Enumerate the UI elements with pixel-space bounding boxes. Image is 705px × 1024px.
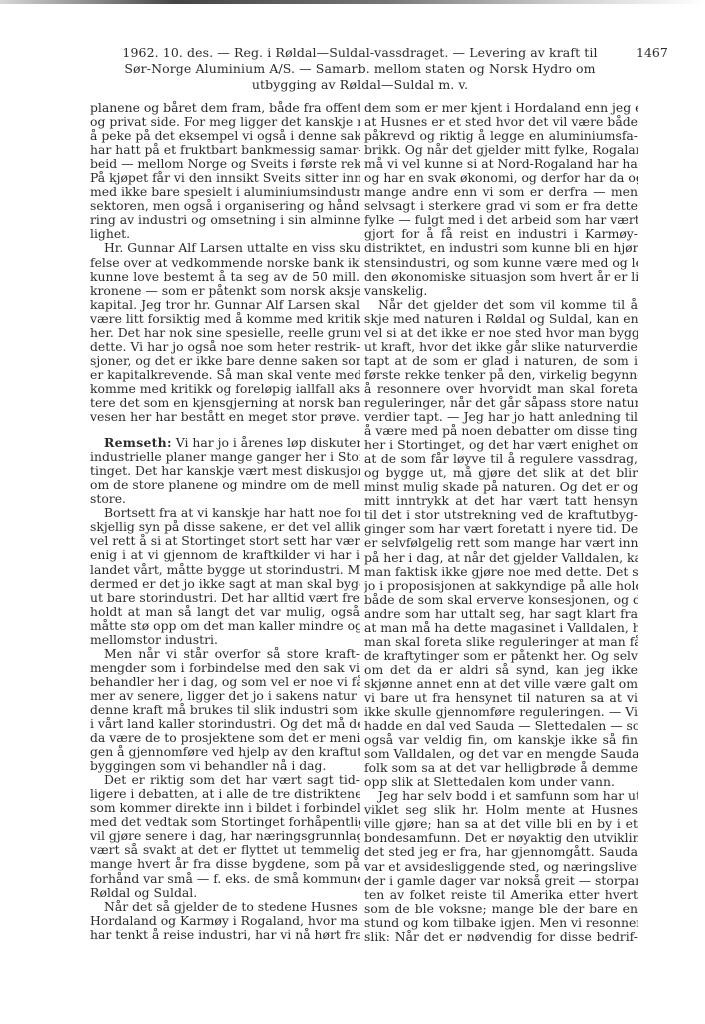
text-line: industrielle planer mange ganger her i S…	[90, 450, 360, 464]
text-line: sektoren, men også i organisering og hån…	[90, 199, 360, 213]
text-line: og privat side. For meg ligger det kansk…	[90, 115, 360, 129]
text-line: ten av folket reiste til Amerika etter h…	[364, 888, 638, 902]
text-line: var et avsidesliggende sted, og næringsl…	[364, 860, 638, 874]
text-line: vært så svakt at det er flyttet ut temme…	[90, 843, 360, 857]
text-line: å peke på det eksempel vi også i denne s…	[90, 129, 360, 143]
text-line: fylke — fulgt med i det arbeid som har v…	[364, 213, 638, 227]
text-line: bondesamfunn. Det er nøyaktig den utvikl…	[364, 831, 638, 845]
text-line: behandler her i dag, og som vel er noe v…	[90, 675, 360, 689]
text-line: Hr. Gunnar Alf Larsen uttalte en viss sk…	[90, 241, 360, 255]
text-line: dette. Vi har jo også noe som heter rest…	[90, 340, 360, 354]
text-line: er kapitalkrevende. Så man skal vente me…	[90, 368, 360, 382]
text-line: Men når vi står overfor så store kraft-	[90, 647, 360, 661]
running-header: 1962. 10. des. — Reg. i Røldal—Suldal-va…	[100, 45, 620, 93]
text-line: Når det så gjelder de to stedene Husnes …	[90, 900, 360, 914]
text-line: denne kraft må brukes til slik industri …	[90, 703, 360, 717]
paragraph: Men når vi står overfor så store kraft- …	[90, 647, 360, 773]
text-line: kunne love bestemt å ta seg av de 50 mil…	[90, 270, 360, 284]
text-line: Bortsett fra at vi kanskje har hatt noe …	[90, 506, 360, 520]
text-line: kapital. Jeg tror hr. Gunnar Alf Larsen …	[90, 298, 360, 312]
text-line: om det da er aldri så synd, kan jeg ikke	[364, 663, 638, 677]
text-line: ring av industri og omsetning i sin almi…	[90, 213, 360, 227]
text-line: selvsagt i sterkere grad vi som er fra d…	[364, 199, 638, 213]
text-line: og bygge ut, må gjøre det slik at det bl…	[364, 466, 638, 480]
paragraph: planene og båret dem fram, både fra offe…	[90, 101, 360, 241]
header-line-1: 1962. 10. des. — Reg. i Røldal—Suldal-va…	[100, 45, 620, 61]
text-line: måtte stø opp om det man kaller mindre o…	[90, 619, 360, 633]
text-line: landet vårt, måtte bygge ut storindustri…	[90, 563, 360, 577]
text-line: skjellig syn på disse sakene, er det vel…	[90, 520, 360, 534]
header-line-2: Sør-Norge Aluminium A/S. — Samarb. mello…	[100, 61, 620, 77]
text-line: forhånd var små — f. eks. de små kommune…	[90, 872, 360, 886]
text-line: folk som sa at det var helligbrøde å dem…	[364, 761, 638, 775]
text-line: her i Stortinget, og det har vært enighe…	[364, 438, 638, 452]
text-line: også var veldig fin, om kanskje ikke så …	[364, 733, 638, 747]
text-line: vanskelig.	[364, 284, 638, 298]
text-line: her. Det har nok sine spesielle, reelle …	[90, 326, 360, 340]
text-line: påkrevd og riktig å legge en aluminiumsf…	[364, 129, 638, 143]
text-line: har tenkt å reise industri, har vi nå hø…	[90, 928, 360, 942]
text-line: der i gamle dager var nokså greit — stor…	[364, 874, 638, 888]
text-line: ligere i debatten, at i alle de tre dist…	[90, 787, 360, 801]
text-line: Hordaland og Karmøy i Rogaland, hvor man	[90, 914, 360, 928]
paragraph: Remseth: Vi har jo i årenes løp diskuter…	[90, 436, 360, 506]
text-line: mellomstor industri.	[90, 633, 360, 647]
text-line: komme med kritikk og foreløpig iallfall …	[90, 382, 360, 396]
text-line: som kommer direkte inn i bildet i forbin…	[90, 801, 360, 815]
text-line: opp slik at Slettedalen kom under vann.	[364, 775, 638, 789]
paragraph: Når det så gjelder de to stedene Husnes …	[90, 900, 360, 942]
text-line: vel si at det ikke er noe sted hvor man …	[364, 326, 638, 340]
text-line: brikk. Og når det gjelder mitt fylke, Ro…	[364, 143, 638, 157]
text-line: vesen her har bestått en meget stor prøv…	[90, 410, 360, 424]
paragraph: Hr. Gunnar Alf Larsen uttalte en viss sk…	[90, 241, 360, 424]
text-line: byggingen som vi behandler nå i dag.	[90, 759, 360, 773]
text-line: ville gjøre; han sa at det ville bli en …	[364, 817, 638, 831]
text-line: jo i proposisjonen at sakkyndige på alle…	[364, 579, 638, 593]
text-line: at man må ha dette magasinet i Valldalen…	[364, 621, 638, 635]
header-line-3: utbygging av Røldal—Suldal m. v.	[100, 77, 620, 93]
speech-start: Vi har jo i årenes løp diskutert	[172, 436, 360, 450]
text-line: verdier tapt. — Jeg har jo hatt anlednin…	[364, 410, 638, 424]
text-line: mange andre enn vi som er derfra — men	[364, 185, 638, 199]
text-line: lighet.	[90, 227, 360, 241]
text-line: Jeg har selv bodd i et samfunn som har u…	[364, 789, 638, 803]
text-line: Det er riktig som det har vært sagt tid-	[90, 773, 360, 787]
text-line: om de store planene og mindre om de mell…	[90, 478, 360, 492]
text-line: den økonomiske situasjon som hvert år er…	[364, 270, 638, 284]
text-line: og har en svak økonomi, og derfor har da…	[364, 171, 638, 185]
text-line: på her i dag, at når det gjelder Valldal…	[364, 551, 638, 565]
text-line: med ikke bare spesielt i aluminiumsindus…	[90, 185, 360, 199]
page-number: 1467	[636, 45, 668, 61]
right-column: dem som er mer kjent i Hordaland enn jeg…	[364, 101, 638, 944]
text-line: planene og båret dem fram, både fra offe…	[90, 101, 360, 115]
scan-top-edge	[0, 0, 705, 4]
text-line: da være de to prosjektene som det er men…	[90, 731, 360, 745]
text-line: slik: Når det er nødvendig for disse bed…	[364, 930, 638, 944]
text-line: mange hvert år fra disse bygdene, som på	[90, 857, 360, 871]
text-line: mitt inntrykk at det har vært tatt hensy…	[364, 494, 638, 508]
text-line: distriktet, en industri som kunne bli en…	[364, 241, 638, 255]
text-line: ut kraft, hvor det ikke går slike naturv…	[364, 340, 638, 354]
text-line: Remseth: Vi har jo i årenes løp diskuter…	[90, 436, 360, 450]
text-line: dem som er mer kjent i Hordaland enn jeg…	[364, 101, 638, 115]
text-line: ut bare storindustri. Det har alltid vær…	[90, 591, 360, 605]
text-line: til det i stor utstrekning ved de kraftu…	[364, 508, 638, 522]
paragraph: Bortsett fra at vi kanskje har hatt noe …	[90, 506, 360, 646]
text-line: kronene — som er påtenkt som norsk aksje…	[90, 284, 360, 298]
text-line: beid — mellom Norge og Sveits i første r…	[90, 157, 360, 171]
text-line: minst mulig skade på naturen. Og det er …	[364, 480, 638, 494]
text-line: gen å gjennomføre ved hjelp av den kraft…	[90, 745, 360, 759]
text-line: må vi vel kunne si at Nord-Rogaland har …	[364, 157, 638, 171]
text-line: at Husnes er et sted hvor det vil være b…	[364, 115, 638, 129]
paragraph: Det er riktig som det har vært sagt tid-…	[90, 773, 360, 899]
text-line: ginger som har vært foretatt i nyere tid…	[364, 522, 638, 536]
text-line: å resonnere over hvorvidt man skal foret…	[364, 382, 638, 396]
text-line: Når det gjelder det som vil komme til å	[364, 298, 638, 312]
text-line: både de som skal erverve konsesjonen, og…	[364, 593, 638, 607]
text-line: sjoner, og det er ikke bare denne saken …	[90, 354, 360, 368]
text-line: enig i at vi gjennom de kraftkilder vi h…	[90, 548, 360, 562]
text-line: store.	[90, 492, 360, 506]
text-line: vel rett å si at Stortinget stort sett h…	[90, 534, 360, 548]
text-line: vil gjøre senere i dag, har næringsgrunn…	[90, 829, 360, 843]
text-line: viklet seg slik hr. Holm mente at Husnes	[364, 803, 638, 817]
text-line: dermed er det jo ikke sagt at man skal b…	[90, 577, 360, 591]
text-line: tapt at de som er glad i naturen, de som…	[364, 354, 638, 368]
text-line: reguleringer, når det går såpass store n…	[364, 396, 638, 410]
paragraph: Når det gjelder det som vil komme til å …	[364, 298, 638, 790]
text-line: hadde en dal ved Sauda — Slettedalen — s…	[364, 719, 638, 733]
text-line: i vårt land kaller storindustri. Og det …	[90, 717, 360, 731]
text-line: felse over at vedkommende norske bank ik…	[90, 256, 360, 270]
left-column: planene og båret dem fram, både fra offe…	[90, 101, 360, 942]
text-line: tinget. Det har kanskje vært mest diskus…	[90, 464, 360, 478]
paragraph: Jeg har selv bodd i et samfunn som har u…	[364, 789, 638, 944]
text-line: som Valldalen, og det var en mengde Saud…	[364, 747, 638, 761]
text-line: har hatt på et fruktbart bankmessig sama…	[90, 143, 360, 157]
text-line: Røldal og Suldal.	[90, 886, 360, 900]
text-line: mer av senere, ligger det jo i sakens na…	[90, 689, 360, 703]
text-line: holdt at man så langt det var mulig, ogs…	[90, 605, 360, 619]
text-line: første rekke tenker på den, virkelig beg…	[364, 368, 638, 382]
paragraph: dem som er mer kjent i Hordaland enn jeg…	[364, 101, 638, 298]
text-line: På kjøpet får vi den innsikt Sveits sitt…	[90, 171, 360, 185]
text-line: stund og kom tilbake igjen. Men vi reson…	[364, 916, 638, 930]
text-line: skje med naturen i Røldal og Suldal, kan…	[364, 312, 638, 326]
text-line: stensindustri, og som kunne være med og …	[364, 256, 638, 270]
text-line: man faktisk ikke gjøre noe med dette. De…	[364, 565, 638, 579]
text-line: gjort for å få reist en industri i Karmø…	[364, 227, 638, 241]
text-line: å være med på noen debatter om disse tin…	[364, 424, 638, 438]
text-line: tere det som en kjensgjerning at norsk b…	[90, 396, 360, 410]
text-line: mengder som i forbindelse med den sak vi	[90, 661, 360, 675]
text-line: med det vedtak som Stortinget forhåpentl…	[90, 815, 360, 829]
text-line: ikke skulle gjennomføre reguleringen. — …	[364, 705, 638, 719]
text-line: man skal foreta slike reguleringer at ma…	[364, 635, 638, 649]
speaker-gap	[90, 424, 360, 436]
text-line: er selvfølgelig rett som mange har vært …	[364, 536, 638, 550]
speaker-name: Remseth:	[104, 436, 172, 450]
text-line: som de ble voksne; mange ble der bare en	[364, 902, 638, 916]
text-line: skjønne annet enn at det ville være galt…	[364, 677, 638, 691]
text-line: andre som har uttalt seg, har sagt klart…	[364, 607, 638, 621]
text-line: vi bare ut fra hensynet til naturen sa a…	[364, 691, 638, 705]
text-line: være litt forsiktig med å komme med krit…	[90, 312, 360, 326]
text-line: det sted jeg er fra, har gjennomgått. Sa…	[364, 845, 638, 859]
text-line: at de som får løyve til å regulere vassd…	[364, 452, 638, 466]
text-line: de kraftytinger som er påtenkt her. Og s…	[364, 649, 638, 663]
